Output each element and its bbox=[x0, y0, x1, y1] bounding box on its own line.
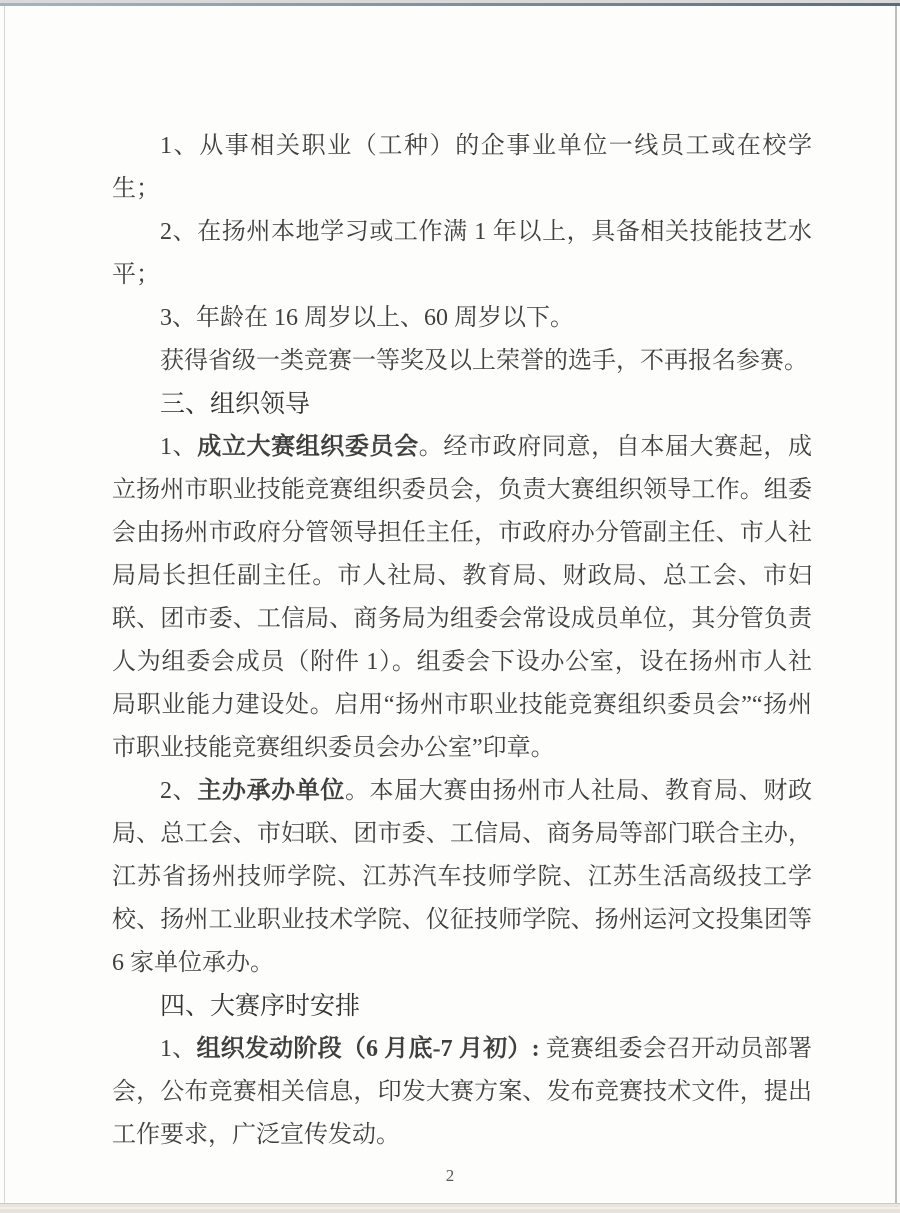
scan-bottom-edge bbox=[0, 1203, 900, 1213]
scan-top-edge bbox=[0, 0, 900, 6]
text-segment: 。经市政府同意，自本届大赛起，成立扬州市职业技能竞赛组织委员会，负责大赛组织领导… bbox=[112, 434, 812, 761]
text-segment: 。本届大赛由扬州市人社局、教育局、财政局、总工会、市妇联、团市委、工信局、商务局… bbox=[112, 778, 812, 976]
text-segment: 成立大赛组织委员会 bbox=[197, 434, 419, 460]
section-heading: 四、大赛序时安排 bbox=[112, 985, 812, 1028]
page-number: 2 bbox=[0, 1166, 900, 1186]
text-segment: 三、组织领导 bbox=[160, 390, 310, 418]
document-body: 1、从事相关职业（工种）的企事业单位一线员工或在校学生；2、在扬州本地学习或工作… bbox=[112, 125, 812, 1157]
text-segment: 3、年龄在 16 周岁以上、60 周岁以下。 bbox=[160, 305, 574, 331]
text-segment: 2、在扬州本地学习或工作满 1 年以上，具备相关技能技艺水平； bbox=[112, 219, 812, 288]
scanned-page: 1、从事相关职业（工种）的企事业单位一线员工或在校学生；2、在扬州本地学习或工作… bbox=[0, 0, 900, 1213]
paragraph: 2、主办承办单位。本届大赛由扬州市人社局、教育局、财政局、总工会、市妇联、团市委… bbox=[112, 770, 812, 985]
text-segment: 组织发动阶段（6 月底-7 月初）: bbox=[196, 1036, 539, 1062]
scan-right-edge bbox=[895, 6, 897, 1203]
paragraph: 1、组织发动阶段（6 月底-7 月初）: 竞赛组委会召开动员部署会，公布竞赛相关… bbox=[112, 1028, 812, 1157]
paragraph: 2、在扬州本地学习或工作满 1 年以上，具备相关技能技艺水平； bbox=[112, 211, 812, 297]
text-segment: 四、大赛序时安排 bbox=[160, 992, 360, 1020]
text-segment: 主办承办单位 bbox=[197, 778, 345, 804]
paragraph: 1、从事相关职业（工种）的企事业单位一线员工或在校学生； bbox=[112, 125, 812, 211]
paragraph: 获得省级一类竞赛一等奖及以上荣誉的选手，不再报名参赛。 bbox=[112, 340, 812, 383]
text-segment: 1、从事相关职业（工种）的企事业单位一线员工或在校学生； bbox=[112, 133, 812, 202]
text-segment: 2、 bbox=[160, 778, 197, 804]
paragraph: 1、成立大赛组织委员会。经市政府同意，自本届大赛起，成立扬州市职业技能竞赛组织委… bbox=[112, 426, 812, 770]
scan-left-edge bbox=[4, 6, 5, 1203]
text-segment: 1、 bbox=[160, 434, 197, 460]
text-segment: 1、 bbox=[160, 1036, 196, 1062]
text-segment: 获得省级一类竞赛一等奖及以上荣誉的选手，不再报名参赛。 bbox=[160, 348, 808, 374]
paragraph: 3、年龄在 16 周岁以上、60 周岁以下。 bbox=[112, 297, 812, 340]
section-heading: 三、组织领导 bbox=[112, 383, 812, 426]
